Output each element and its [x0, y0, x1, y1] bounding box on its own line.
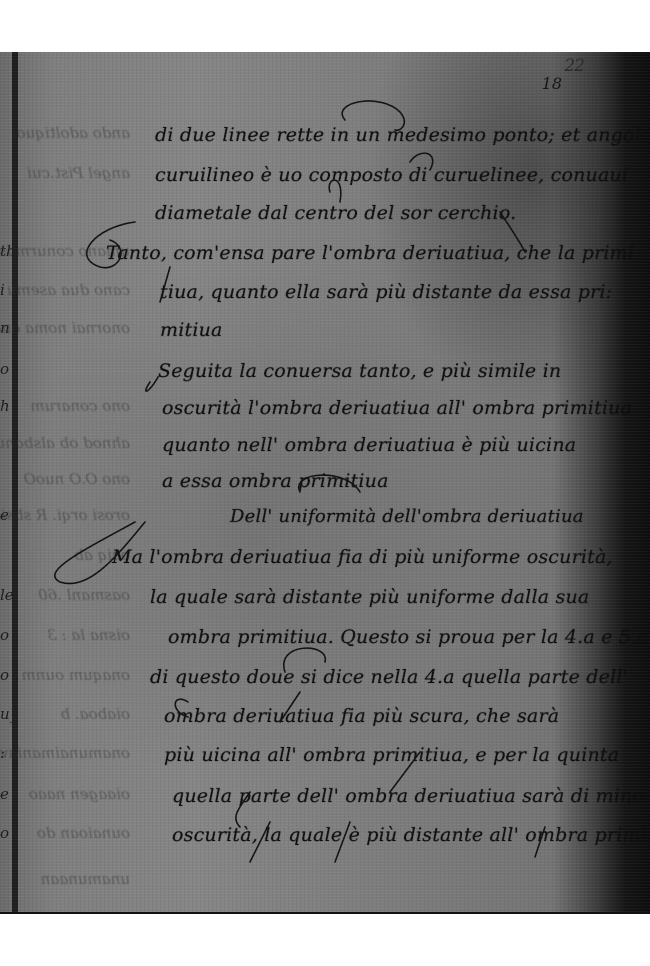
- margin-fragment: le: [0, 586, 14, 604]
- manuscript-line: la quale sarà distante più uniforme dall…: [150, 586, 589, 608]
- folio-number-current: 18: [542, 74, 562, 93]
- manuscript-scan: thinoheleoou_:eo ando adoltiquoiangel Pi…: [0, 52, 650, 914]
- manuscript-line: a essa ombra primitiua: [162, 470, 389, 492]
- left-margin-fragments: thinoheleoou_:eo: [0, 52, 12, 912]
- bleed-through-text: orosi orqi. R sbsiaosam: [0, 506, 130, 524]
- bleed-through-text: ono conarum: [30, 397, 130, 415]
- bleed-through-text: cano dua asemu: [7, 281, 130, 299]
- bleed-through-text: ando adoltiquoi: [12, 124, 130, 142]
- margin-fragment: o: [0, 360, 9, 378]
- margin-fragment: o: [0, 824, 9, 842]
- bleed-through-text: ahnod ob alsbonu: [0, 434, 130, 452]
- manuscript-line: più uicina all' ombra primitiua, e per l…: [164, 744, 619, 766]
- manuscript-line: di questo doue si dice nella 4.a quella …: [150, 666, 628, 688]
- manuscript-line: oscurità l'ombra deriuatiua all' ombra p…: [162, 397, 632, 419]
- manuscript-line: di due linee rette in un medesimo ponto;…: [155, 124, 650, 146]
- bleed-through-text: oasmanl .60: [38, 586, 130, 604]
- manuscript-line: Ma l'ombra deriuatiua fia di più uniform…: [112, 546, 613, 568]
- margin-fragment: e: [0, 785, 9, 803]
- manuscript-line: quella parte dell' ombra deriuatiua sarà…: [172, 785, 650, 807]
- margin-fragment: h: [0, 397, 10, 415]
- bleed-through-text: ono O.O nuoO: [24, 470, 130, 488]
- manuscript-line: ombra deriuatiua fia più scura, che sarà: [164, 705, 559, 727]
- margin-fragment: i: [0, 281, 5, 299]
- manuscript-line: quanto nell' ombra deriuatiua è più uici…: [162, 434, 576, 456]
- manuscript-line: curuilineo è uo composto di curuelinee, …: [155, 164, 628, 186]
- bleed-through-text: unamunaan: [41, 870, 130, 888]
- manuscript-line: oscurità, la quale è più distante all' o…: [172, 824, 650, 846]
- folio-number-old: 22: [564, 56, 584, 76]
- bleed-through-text: onaqum ounm: [22, 666, 130, 684]
- manuscript-line: Seguita la conuersa tanto, e più simile …: [158, 360, 561, 382]
- manuscript-line: tiua, quanto ella sarà più distante da e…: [160, 281, 612, 303]
- section-heading: Dell' uniformità dell'ombra deriuatiua: [230, 506, 584, 527]
- bleed-through-text: oisna la : 3: [47, 626, 130, 644]
- bleed-through-text: oiaagen naao: [29, 785, 130, 803]
- margin-fragment: o: [0, 626, 9, 644]
- bleed-through-text: onamunaimaniav: [0, 744, 130, 762]
- bleed-through-text: onornai noma ono: [0, 319, 130, 337]
- bleed-through-text: ounaioan do: [37, 824, 130, 842]
- manuscript-line: ombra primitiua. Questo si proua per la …: [168, 626, 649, 648]
- manuscript-line: diametale dal centro del sor cerchio.: [155, 202, 516, 224]
- margin-fragment: o: [0, 666, 9, 684]
- manuscript-line: Tanto, com'ensa pare l'ombra deriuatiua,…: [106, 242, 634, 264]
- margin-fragment: u_: [0, 705, 17, 723]
- document-viewer: thinoheleoou_:eo ando adoltiquoiangel Pi…: [0, 0, 650, 966]
- bleed-through-text: angel Pist.cui: [27, 164, 130, 182]
- manuscript-line: mitiua: [160, 319, 223, 341]
- margin-rule: [12, 52, 18, 912]
- bleed-through-text: oiaboa. b: [61, 705, 131, 723]
